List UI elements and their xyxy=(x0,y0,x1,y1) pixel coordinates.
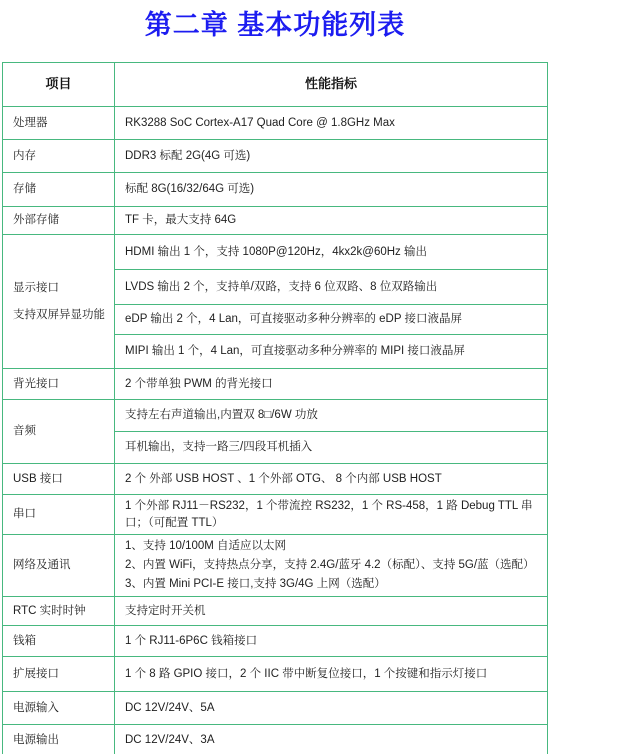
memory-label: 内存 xyxy=(3,140,115,173)
network-label: 网络及通讯 xyxy=(3,535,115,597)
usb-value: 2 个 外部 USB HOST 、1 个外部 OTG、 8 个内部 USB HO… xyxy=(115,464,548,495)
row-display-hdmi: 显示接口 支持双屏异显功能 HDMI 输出 1 个，支持 1080P@120Hz… xyxy=(3,235,548,270)
backlight-label: 背光接口 xyxy=(3,369,115,400)
display-hdmi-value: HDMI 输出 1 个，支持 1080P@120Hz，4kx2k@60Hz 输出 xyxy=(115,235,548,270)
storage-label: 存储 xyxy=(3,173,115,207)
cash-drawer-value: 1 个 RJ11-6P6C 钱箱接口 xyxy=(115,625,548,656)
row-rtc: RTC 实时时钟 支持定时开关机 xyxy=(3,596,548,625)
network-line2: 2、内置 WiFi，支持热点分享，支持 2.4G/蓝牙 4.2（标配）、支持 5… xyxy=(125,556,541,575)
row-storage: 存储 标配 8G(16/32/64G 可选) xyxy=(3,173,548,207)
display-label: 显示接口 支持双屏异显功能 xyxy=(3,235,115,369)
row-backlight: 背光接口 2 个带单独 PWM 的背光接口 xyxy=(3,369,548,400)
row-serial: 串口 1 个外部 RJ11－RS232，1 个带流控 RS232，1 个 RS-… xyxy=(3,495,548,535)
power-output-label: 电源输出 xyxy=(3,724,115,754)
row-memory: 内存 DDR3 标配 2G(4G 可选) xyxy=(3,140,548,173)
power-input-label: 电源输入 xyxy=(3,691,115,724)
row-processor: 处理器 RK3288 SoC Cortex-A17 Quad Core @ 1.… xyxy=(3,107,548,140)
row-expansion: 扩展接口 1 个 8 路 GPIO 接口，2 个 IIC 带中断复位接口，1 个… xyxy=(3,656,548,691)
network-line1: 1、支持 10/100M 自适应以太网 xyxy=(125,537,541,556)
external-storage-label: 外部存储 xyxy=(3,207,115,235)
display-edp-value: eDP 输出 2 个，4 Lan，可直接驱动多种分辨率的 eDP 接口液晶屏 xyxy=(115,305,548,335)
power-output-value: DC 12V/24V、3A xyxy=(115,724,548,754)
row-cash-drawer: 钱箱 1 个 RJ11-6P6C 钱箱接口 xyxy=(3,625,548,656)
audio-line2-value: 耳机输出，支持一路三/四段耳机插入 xyxy=(115,432,548,464)
processor-value: RK3288 SoC Cortex-A17 Quad Core @ 1.8GHz… xyxy=(115,107,548,140)
backlight-value: 2 个带单独 PWM 的背光接口 xyxy=(115,369,548,400)
audio-line1-value: 支持左右声道输出,内置双 8□/6W 功放 xyxy=(115,400,548,432)
storage-value: 标配 8G(16/32/64G 可选) xyxy=(115,173,548,207)
external-storage-value: TF 卡，最大支持 64G xyxy=(115,207,548,235)
display-lvds-value: LVDS 输出 2 个，支持单/双路，支持 6 位双路、8 位双路输出 xyxy=(115,270,548,305)
header-spec: 性能指标 xyxy=(115,63,548,107)
display-label-line1: 显示接口 xyxy=(13,275,108,301)
power-input-value: DC 12V/24V、5A xyxy=(115,691,548,724)
memory-value: DDR3 标配 2G(4G 可选) xyxy=(115,140,548,173)
row-audio-line1: 音频 支持左右声道输出,内置双 8□/6W 功放 xyxy=(3,400,548,432)
expansion-label: 扩展接口 xyxy=(3,656,115,691)
usb-label: USB 接口 xyxy=(3,464,115,495)
serial-value: 1 个外部 RJ11－RS232，1 个带流控 RS232，1 个 RS-458… xyxy=(115,495,548,535)
display-mipi-value: MIPI 输出 1 个，4 Lan，可直接驱动多种分辨率的 MIPI 接口液晶屏 xyxy=(115,335,548,369)
row-network: 网络及通讯 1、支持 10/100M 自适应以太网 2、内置 WiFi，支持热点… xyxy=(3,535,548,597)
display-label-line2: 支持双屏异显功能 xyxy=(13,302,108,328)
header-item: 项目 xyxy=(3,63,115,107)
serial-label: 串口 xyxy=(3,495,115,535)
row-external-storage: 外部存储 TF 卡，最大支持 64G xyxy=(3,207,548,235)
row-power-input: 电源输入 DC 12V/24V、5A xyxy=(3,691,548,724)
network-value: 1、支持 10/100M 自适应以太网 2、内置 WiFi，支持热点分享，支持 … xyxy=(115,535,548,597)
expansion-value: 1 个 8 路 GPIO 接口，2 个 IIC 带中断复位接口，1 个按键和指示… xyxy=(115,656,548,691)
row-usb: USB 接口 2 个 外部 USB HOST 、1 个外部 OTG、 8 个内部… xyxy=(3,464,548,495)
row-power-output: 电源输出 DC 12V/24V、3A xyxy=(3,724,548,754)
spec-table: 项目 性能指标 处理器 RK3288 SoC Cortex-A17 Quad C… xyxy=(2,62,548,754)
processor-label: 处理器 xyxy=(3,107,115,140)
audio-label: 音频 xyxy=(3,400,115,464)
rtc-value: 支持定时开关机 xyxy=(115,596,548,625)
table-header-row: 项目 性能指标 xyxy=(3,63,548,107)
page-title: 第二章 基本功能列表 xyxy=(2,3,548,42)
cash-drawer-label: 钱箱 xyxy=(3,625,115,656)
network-line3: 3、内置 Mini PCI-E 接口,支持 3G/4G 上网（选配） xyxy=(125,575,541,594)
rtc-label: RTC 实时时钟 xyxy=(3,596,115,625)
